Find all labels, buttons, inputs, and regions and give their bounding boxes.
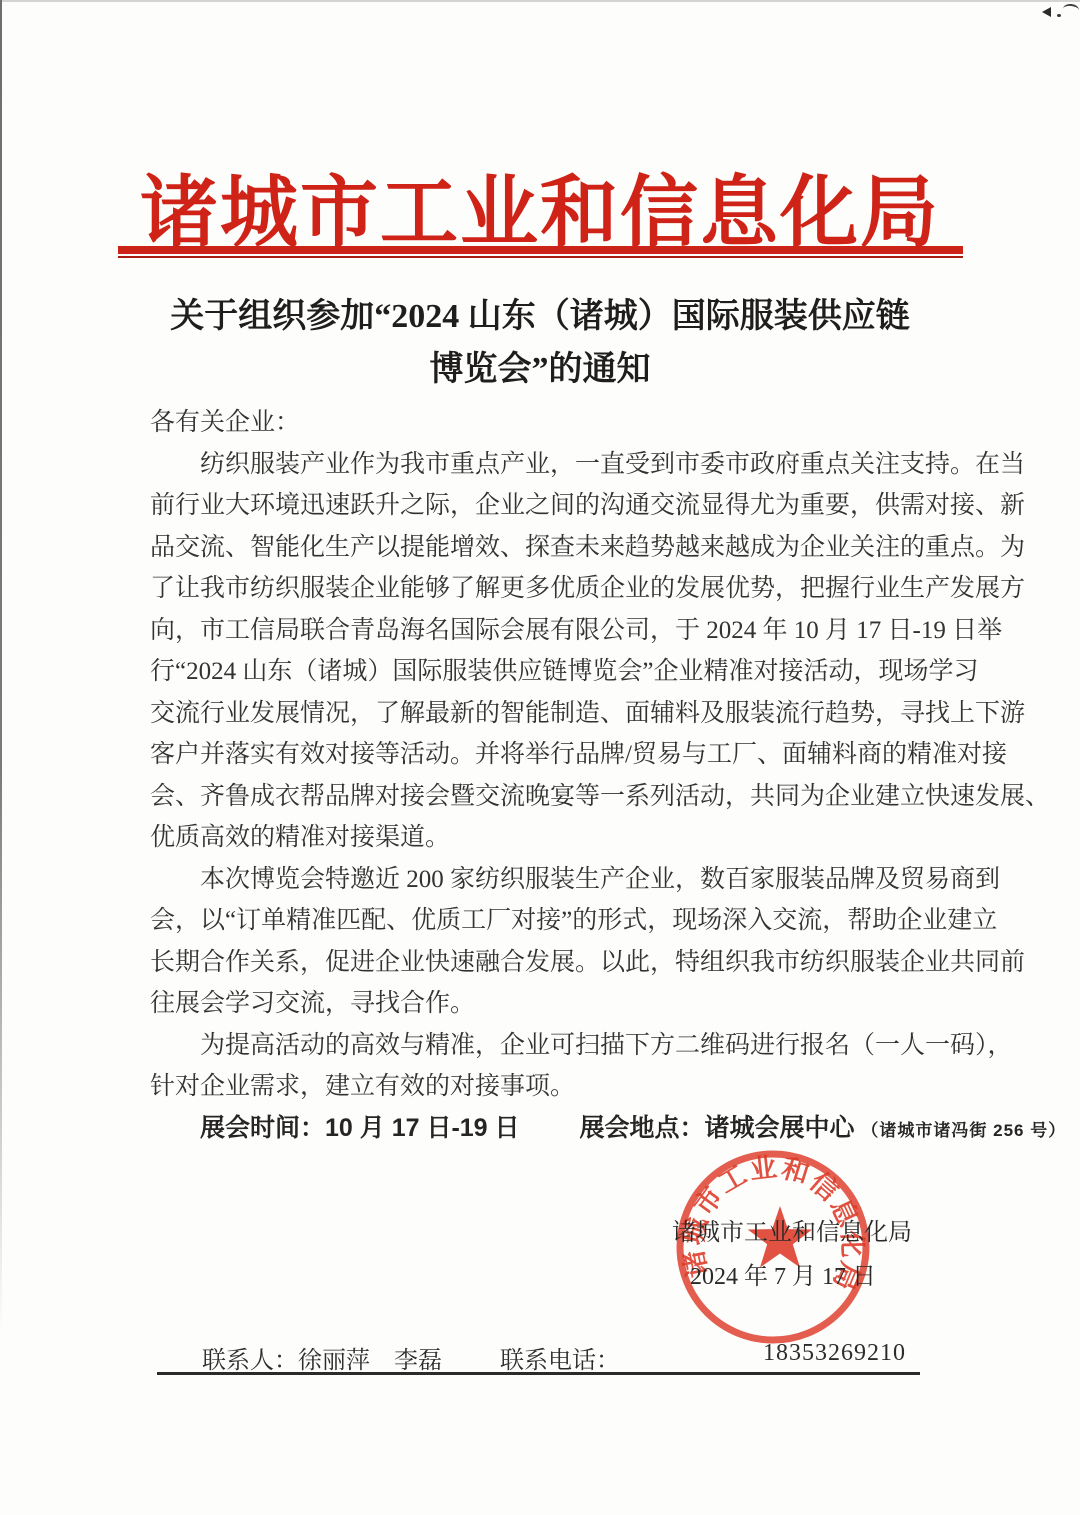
body-text-line: 向，市工信局联合青岛海名国际会展有限公司，于 2024 年 10 月 17 日-… — [150, 610, 945, 652]
body-text-line: 客户并落实有效对接等活动。并将举行品牌/贸易与工厂、面辅料商的精准对接 — [150, 734, 945, 776]
scan-artifact-curve — [1062, 3, 1079, 16]
scan-artifact-triangle — [1042, 7, 1051, 17]
body-text-line: 往展会学习交流，寻找合作。 — [150, 983, 945, 1025]
contact-row: 联系人：徐丽萍 李磊 联系电话： 18353269210 — [0, 1340, 1080, 1372]
scanned-document-page: 诸城市工业和信息化局 关于组织参加“2024 山东（诸城）国际服装供应链 博览会… — [0, 0, 1080, 1515]
letterhead-rule-thick — [118, 246, 963, 254]
document-title-line1: 关于组织参加“2024 山东（诸城）国际服装供应链 — [0, 290, 1080, 343]
body-text-line: 了让我市纺织服装企业能够了解更多优质企业的发展优势，把握行业生产发展方 — [150, 568, 945, 610]
document-body: 各有关企业：纺织服装产业作为我市重点产业，一直受到市委市政府重点关注支持。在当前… — [150, 402, 945, 1151]
body-text-line: 品交流、智能化生产以提能增效、探查未来趋势越来越成为企业关注的重点。为 — [150, 527, 945, 569]
body-text-line: 前行业大环境迅速跃升之际，企业之间的沟通交流显得尤为重要，供需对接、新 — [150, 485, 945, 527]
body-text-line: 本次博览会特邀近 200 家纺织服装生产企业，数百家服装品牌及贸易商到 — [150, 859, 945, 901]
scan-edge-top — [0, 0, 1080, 2]
scan-artifact-dot — [1057, 14, 1061, 17]
signature-date: 2024 年 7 月 17 日 — [690, 1256, 876, 1291]
body-text-line: 会、齐鲁成衣帮品牌对接会暨交流晚宴等一系列活动，共同为企业建立快速发展、 — [150, 776, 945, 818]
body-lines: 各有关企业：纺织服装产业作为我市重点产业，一直受到市委市政府重点关注支持。在当前… — [150, 402, 945, 1108]
letterhead-rule-thin — [118, 256, 963, 258]
body-text-line: 纺织服装产业作为我市重点产业，一直受到市委市政府重点关注支持。在当 — [150, 444, 945, 486]
event-time: 展会时间：10 月 17 日-19 日 — [200, 1114, 520, 1142]
body-text-line: 交流行业发展情况，了解最新的智能制造、面辅料及服装流行趋势，寻找上下游 — [150, 693, 945, 735]
body-text-line: 优质高效的精准对接渠道。 — [150, 817, 945, 859]
body-text-line: 行“2024 山东（诸城）国际服装供应链博览会”企业精准对接活动，现场学习 — [150, 651, 945, 693]
signature-agency: 诸城市工业和信息化局 — [672, 1212, 912, 1247]
body-text-line: 为提高活动的高效与精准，企业可扫描下方二维码进行报名（一人一码）， — [150, 1025, 945, 1067]
body-text-line: 长期合作关系，促进企业快速融合发展。以此，特组织我市纺织服装企业共同前 — [150, 942, 945, 984]
body-text-line: 各有关企业： — [150, 402, 945, 444]
body-text-line: 会，以“订单精准匹配、优质工厂对接”的形式，现场深入交流，帮助企业建立 — [150, 900, 945, 942]
contact-person: 联系人：徐丽萍 李磊 — [202, 1340, 442, 1375]
document-title-line2: 博览会”的通知 — [0, 343, 1080, 396]
body-text-line: 针对企业需求，建立有效的对接事项。 — [150, 1066, 945, 1108]
contact-phone-label: 联系电话： — [500, 1340, 620, 1375]
document-title: 关于组织参加“2024 山东（诸城）国际服装供应链 博览会”的通知 — [0, 290, 1080, 396]
contact-phone-number: 18353269210 — [763, 1340, 906, 1367]
official-seal: 诸城市工业和信息化局 — [653, 1127, 893, 1367]
